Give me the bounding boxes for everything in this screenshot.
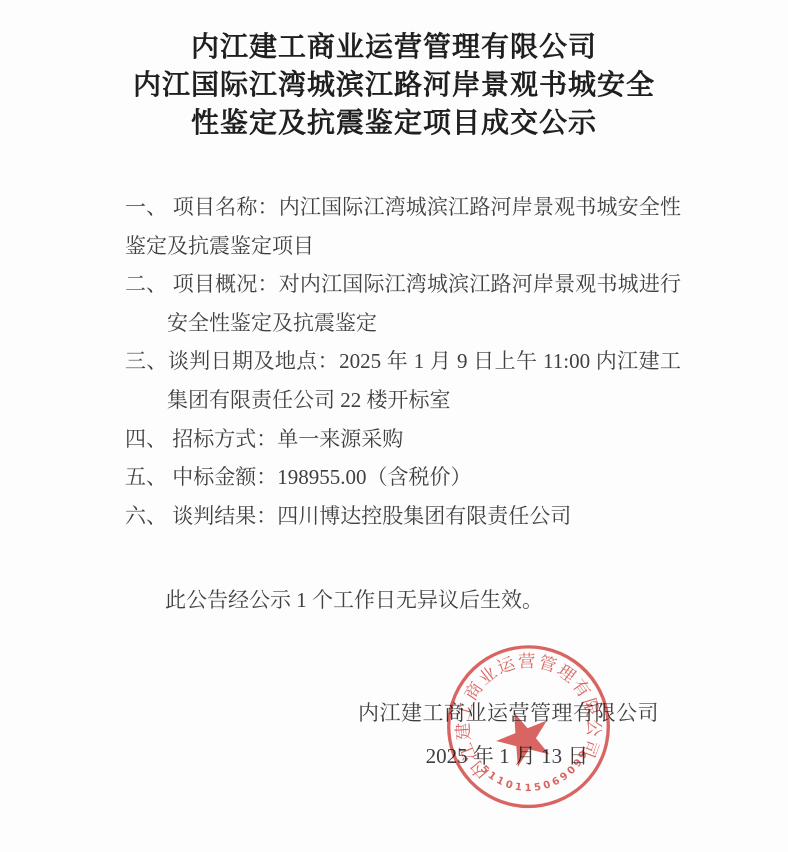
list-item-award-amount: 五、 中标金额：198955.00（含税价） bbox=[125, 458, 681, 497]
stamp-star-icon bbox=[489, 702, 559, 771]
list-item-date-location: 三、谈判日期及地点：2025 年 1 月 9 日上午 11:00 内江建工集团有… bbox=[125, 342, 681, 419]
list-item-project-summary: 二、 项目概况：对内江国际江湾城滨江路河岸景观书城进行安全性鉴定及抗震鉴定 bbox=[125, 265, 681, 342]
company-seal-stamp: 内江建工商业运营管理有限公司 5110115069099 bbox=[426, 629, 631, 830]
closing-statement: 此公告经公示 1 个工作日无异议后生效。 bbox=[125, 581, 681, 620]
title-line-2: 内江国际江湾城滨江路河岸景观书城安全 bbox=[40, 66, 748, 104]
stamp-serial-number: 5110115069099 bbox=[477, 745, 597, 803]
title-line-3: 性鉴定及抗震鉴定项目成交公示 bbox=[40, 104, 748, 142]
title-line-1: 内江建工商业运营管理有限公司 bbox=[40, 28, 748, 66]
document-body: 一、 项目名称：内江国际江湾城滨江路河岸景观书城安全性鉴定及抗震鉴定项目 二、 … bbox=[125, 188, 681, 620]
list-item-result: 六、 谈判结果：四川博达控股集团有限责任公司 bbox=[125, 497, 681, 536]
document-title: 内江建工商业运营管理有限公司 内江国际江湾城滨江路河岸景观书城安全 性鉴定及抗震… bbox=[40, 28, 748, 142]
list-item-project-name: 一、 项目名称：内江国际江湾城滨江路河岸景观书城安全性鉴定及抗震鉴定项目 bbox=[125, 188, 681, 265]
list-item-bid-method: 四、 招标方式：单一来源采购 bbox=[125, 420, 681, 459]
document-page: 内江建工商业运营管理有限公司 内江国际江湾城滨江路河岸景观书城安全 性鉴定及抗震… bbox=[0, 0, 788, 852]
stamp-arc-text: 内江建工商业运营管理有限公司 bbox=[441, 640, 610, 785]
